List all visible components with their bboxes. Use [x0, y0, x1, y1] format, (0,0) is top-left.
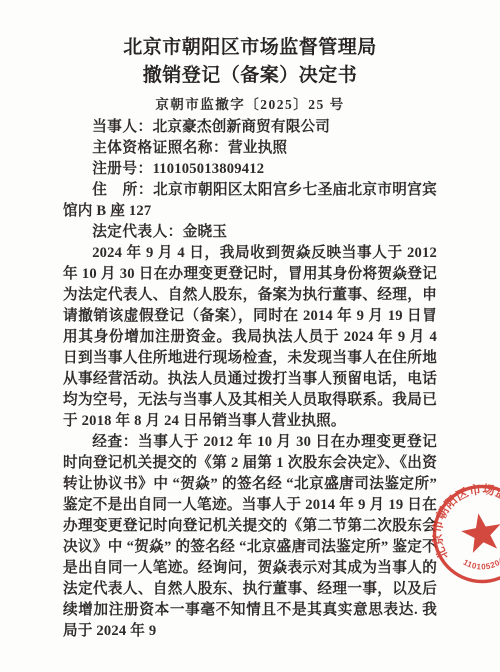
field-legal-representative: 法定代表人：金晓玉 — [63, 222, 437, 243]
field-value: 营业执照 — [228, 140, 287, 156]
seal-ring — [427, 479, 500, 589]
field-value: 北京豪杰创新商贸有限公司 — [153, 119, 331, 135]
field-address: 住 所：北京市朝阳区太阳宫乡七圣庙北京市明宫宾馆内 B 座 127 — [63, 180, 437, 222]
field-party: 当事人：北京豪杰创新商贸有限公司 — [63, 117, 437, 138]
document-type: 撤销登记（备案）决定书 — [63, 62, 437, 90]
document-title: 北京市朝阳区市场监督管理局 撤销登记（备案）决定书 — [63, 34, 437, 90]
field-value: 金晓玉 — [183, 224, 227, 240]
document-body: 北京市朝阳区市场监督管理局 撤销登记（备案）决定书 京朝市监撤字〔2025〕25… — [63, 34, 437, 642]
document-page: 北京市朝阳区市场监督管理局 撤销登记（备案）决定书 京朝市监撤字〔2025〕25… — [0, 0, 500, 672]
seal-star-icon — [459, 510, 500, 554]
field-label: 当事人： — [92, 119, 152, 135]
field-label: 主体资格证照名称： — [92, 140, 228, 156]
field-label: 法定代表人： — [92, 224, 183, 240]
issuing-authority: 北京市朝阳区市场监督管理局 — [63, 34, 437, 62]
paragraph-complaint-and-inspection: 2024 年 9 月 4 日，我局收到贺焱反映当事人于 2012 年 10 月 … — [63, 243, 437, 432]
field-registration-number: 注册号：110105013809412 — [63, 159, 437, 180]
field-value: 110105013809412 — [153, 161, 265, 177]
document-number: 京朝市监撤字〔2025〕25 号 — [63, 95, 437, 115]
field-label: 注册号： — [92, 161, 152, 177]
field-label: 住 所： — [92, 182, 153, 198]
paragraph-investigation-findings: 经查：当事人于 2012 年 10 月 30 日在办理变更登记时向登记机关提交的… — [63, 432, 437, 642]
seal-serial-number: 110105204 — [460, 551, 500, 575]
party-info-section: 当事人：北京豪杰创新商贸有限公司 主体资格证照名称：营业执照 注册号：11010… — [63, 117, 437, 243]
field-license-name: 主体资格证照名称：营业执照 — [63, 138, 437, 159]
